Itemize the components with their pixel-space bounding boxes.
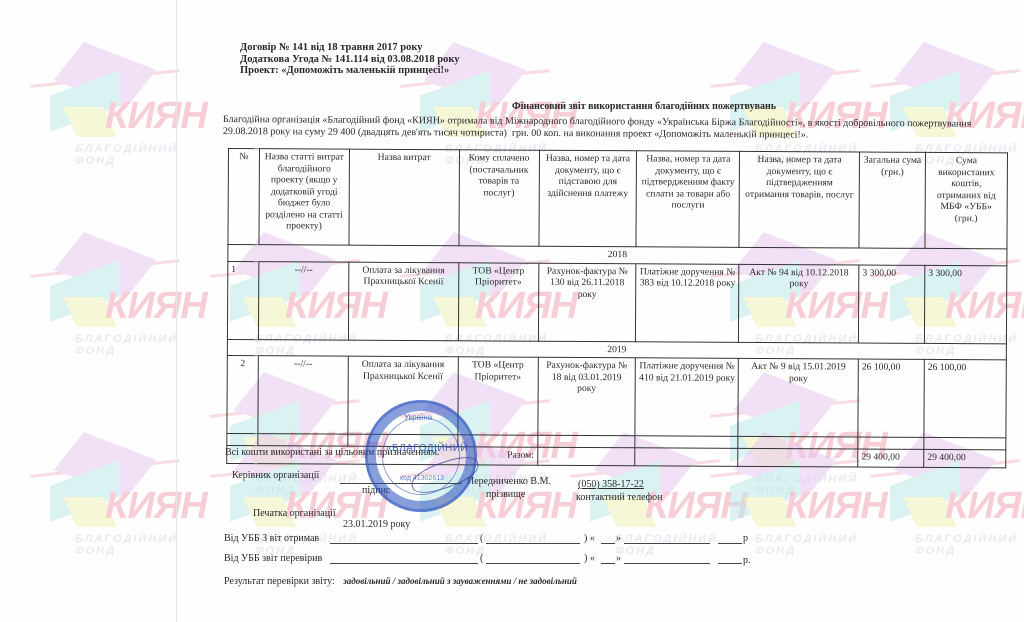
signature-line (340, 470, 462, 484)
quote-close: » (616, 533, 621, 544)
contract-header: Договір № 141 від 18 травня 2017 року До… (240, 42, 460, 77)
checked-day-field[interactable] (601, 552, 615, 564)
cell-total: 26 100,00 (858, 359, 924, 437)
cell-expense: Оплата за лікування Прахницької Ксенії (348, 356, 458, 435)
cell-receipt-doc: Акт № 9 від 15.01.2019 року (738, 358, 858, 437)
checked-month-field[interactable] (624, 552, 710, 564)
blank-cell (457, 435, 537, 447)
paren-close: ) « (584, 533, 595, 544)
cell-payment-doc: Платіжне доручення № 383 від 10.12.2018 … (636, 263, 739, 342)
checked-year-field[interactable] (718, 552, 742, 564)
purpose-note: Всі кошти використані за цільовим призна… (225, 447, 440, 458)
cell-receipt-doc: Акт № 94 від 10.12.2018 року (739, 264, 859, 343)
head-name: Передниченко В.М. (467, 476, 551, 487)
cell-basis-doc: Рахунок-фактура № 130 від 26.11.2018 рок… (538, 263, 636, 342)
blank-cell (924, 437, 1006, 449)
report-date: 23.01.2019 року (343, 519, 410, 530)
cell-payee: ТОВ «Центр Пріоритет» (458, 357, 538, 435)
result-row: Результат перевірки звіту: задовільний /… (224, 576, 577, 587)
year-suffix: р (743, 533, 748, 544)
cell-total: 3 300,00 (859, 265, 925, 343)
col-header-basis-doc: Назва, номер та дата документу, що є під… (539, 150, 637, 247)
blank-cell (858, 437, 924, 449)
report-title: Фінансовий звіт використання благодійних… (512, 101, 776, 112)
col-header-ubb-amount: Сума використаних коштів, отриманих від … (925, 152, 1008, 248)
table-row: 1 --//-- Оплата за лікування Прахницької… (227, 261, 1006, 343)
col-header-payment-doc: Назва, номер та дата документу, що є під… (636, 151, 739, 248)
financial-table: № Назва статті витрат благодійного проек… (226, 148, 1008, 468)
phone-caption: контактний телефон (576, 492, 662, 503)
financial-report-document: Договір № 141 від 18 травня 2017 року До… (0, 0, 1024, 622)
total-ubb-sum: 29 400,00 (924, 449, 1006, 467)
year-suffix: р. (743, 555, 751, 566)
cell-payee: ТОВ «Центр Пріоритет» (458, 262, 538, 340)
blank-cell (635, 436, 738, 449)
cell-ubb-amount: 3 300,00 (924, 265, 1006, 343)
intro-paragraph: Благодійна організація «Благодійний фонд… (223, 114, 1023, 142)
project-line: Проект: «Допоможіть маленькій принцесі!» (240, 65, 460, 77)
quote-close: » (616, 553, 621, 564)
contract-line: Договір № 141 від 18 травня 2017 року (240, 42, 460, 54)
checked-name-field[interactable] (486, 552, 580, 564)
result-options: задовільний / задовільний з зауваженнями… (343, 576, 577, 586)
head-label: Керівник організації (232, 470, 319, 481)
blank-cell (738, 448, 858, 467)
cell-article: --//-- (258, 261, 348, 340)
col-header-num: № (228, 149, 259, 245)
addendum-line: Додаткова Угода № 141.114 від 03.08.2018… (240, 54, 460, 66)
cell-ubb-amount: 26 100,00 (924, 359, 1006, 437)
surname-caption: прізвище (486, 489, 525, 500)
checked-signature-field[interactable] (330, 552, 478, 564)
seal-label: Печатка організації (253, 508, 336, 519)
cell-num: 2 (227, 355, 258, 433)
col-header-article: Назва статті витрат благодійного проекту… (259, 149, 349, 246)
phone-number: (050) 358-17-22 (578, 479, 644, 490)
blank-cell (227, 433, 258, 445)
received-month-field[interactable] (624, 532, 710, 544)
blank-cell (258, 434, 348, 447)
blank-cell (738, 436, 858, 449)
received-year-field[interactable] (718, 532, 742, 544)
blank-cell (635, 448, 738, 467)
received-name-field[interactable] (486, 532, 580, 544)
cell-num: 1 (227, 261, 258, 339)
signature-caption: підпис (362, 485, 390, 496)
cell-expense: Оплата за лікування Прахницької Ксенії (348, 262, 458, 341)
cell-article: --//-- (258, 356, 348, 435)
col-header-total: Загальна сума (грн.) (859, 152, 925, 248)
col-header-expense: Назва витрат (349, 149, 459, 246)
received-label: Від УББ З віт отримав (224, 533, 319, 544)
result-label: Результат перевірки звіту: (224, 576, 335, 587)
checked-label: Від УББ звіт перевірив (224, 553, 322, 564)
received-day-field[interactable] (601, 532, 615, 544)
col-header-payee: Кому сплачено (постачальник товарів та п… (459, 150, 539, 246)
blank-cell (348, 434, 458, 447)
received-signature-field[interactable] (330, 532, 478, 544)
paren-open: ( (480, 553, 483, 564)
blank-cell (537, 447, 635, 466)
table-row: 2 --//-- Оплата за лікування Прахницької… (227, 355, 1006, 437)
cell-basis-doc: Рахунок-фактура № 18 від 03.01.2019 року (537, 357, 635, 436)
total-sum: 29 400,00 (858, 449, 924, 467)
cell-payment-doc: Платіжне доручення № 410 від 21.01.2019 … (635, 358, 738, 437)
blank-cell (537, 435, 635, 448)
col-header-receipt-doc: Назва, номер та дата документу, що є під… (739, 151, 859, 248)
table-header-row: № Назва статті витрат благодійного проек… (228, 149, 1008, 249)
paren-open: ( (480, 533, 483, 544)
paren-close: ) « (584, 553, 595, 564)
